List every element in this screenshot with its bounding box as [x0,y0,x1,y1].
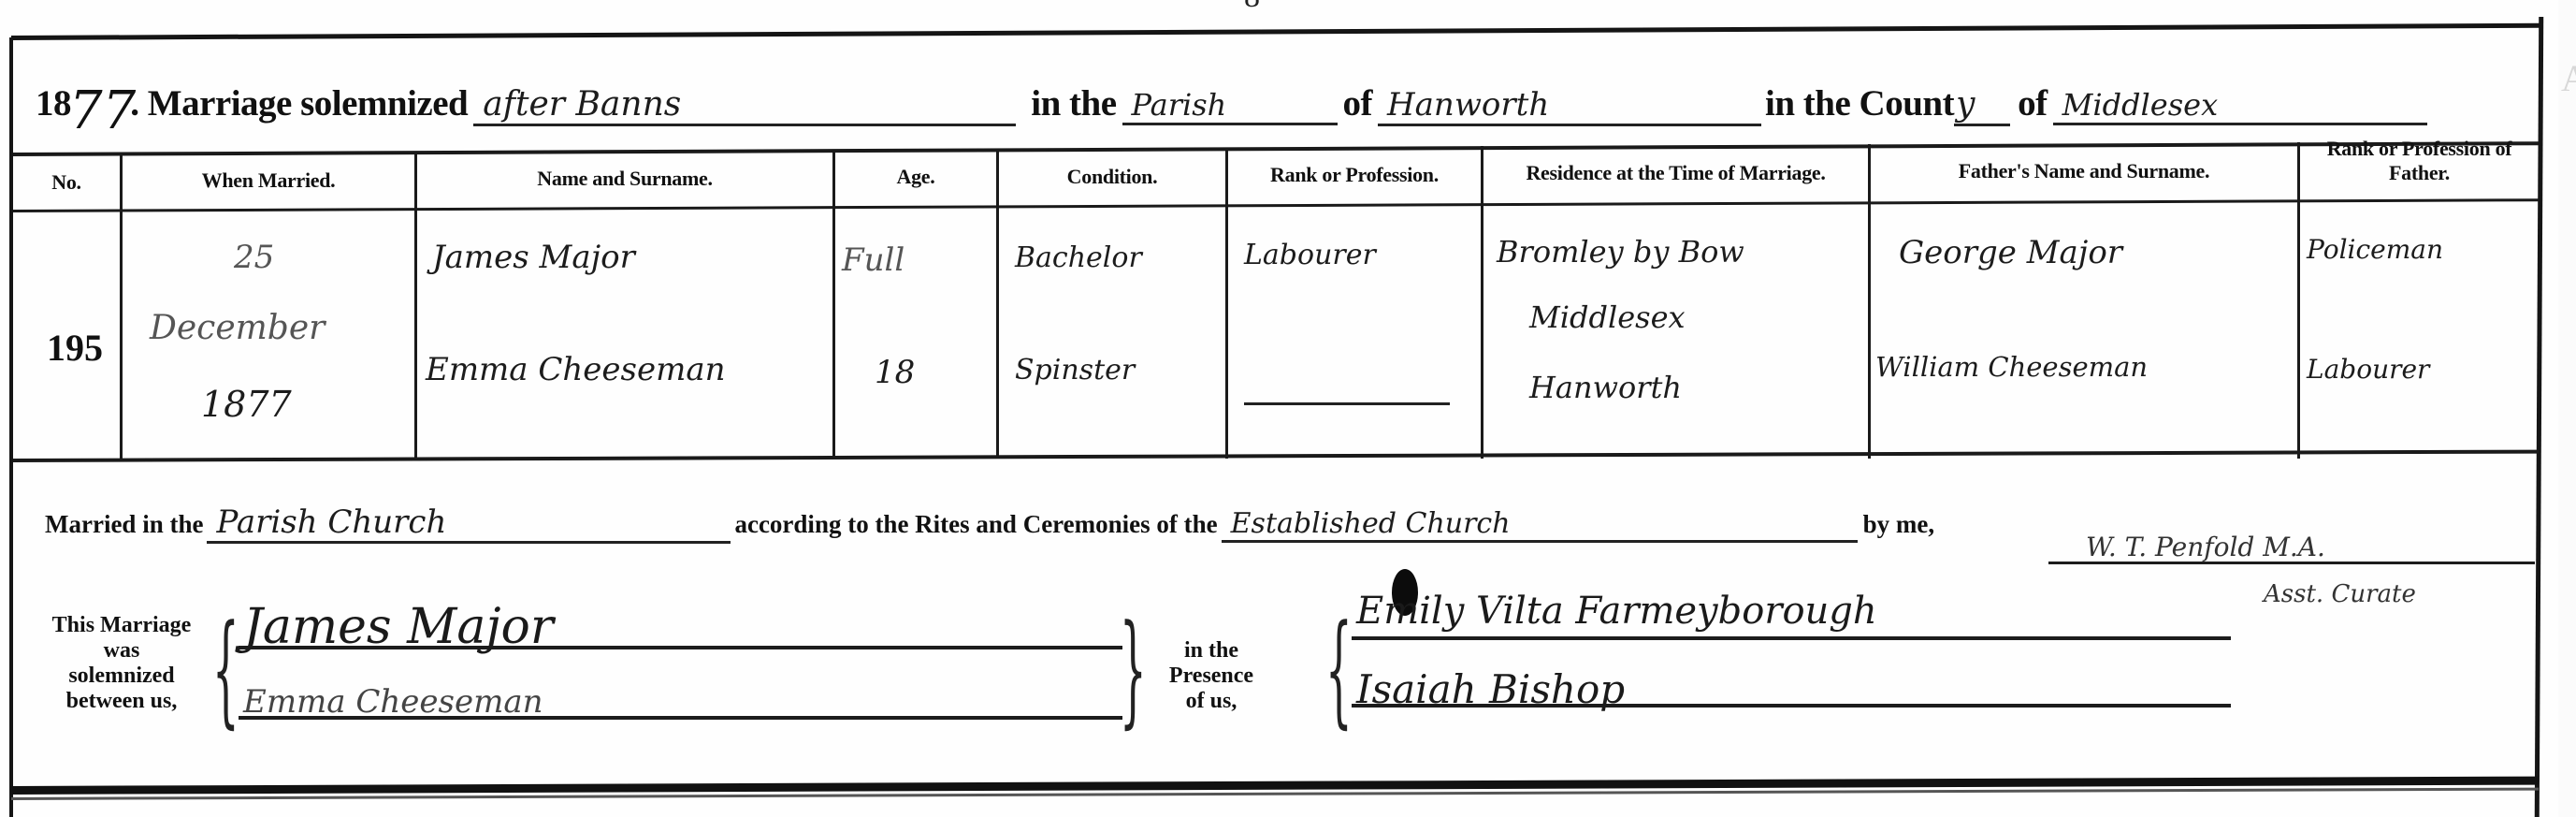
married-day: 25 [234,239,274,276]
officiant-signature-line [2048,562,2535,564]
table-top-rule [13,141,2539,156]
column-header-condition: Condition. [999,165,1225,189]
solemnized-how-field: after Banns [473,85,1016,126]
top-cropped-glyph: 8 [1244,0,1260,15]
left-brace-parties: { [212,608,239,730]
witness-1-signature: Emily Vilta Farmeyborough [1356,590,1877,633]
col-divider-2 [414,153,417,459]
col-divider-8 [2297,142,2300,459]
bride-father-name: William Cheeseman [1875,351,2148,383]
marriage-register-page: 8 18 77 . Marriage solemnized after Bann… [0,0,2576,817]
in-the-county-label: in the Count [1765,82,1954,124]
groom-name: James Major [432,239,635,276]
register-title-line: 18 77 . Marriage solemnized after Banns … [36,67,2427,124]
column-header-father-rank: Rank or Profession of Father. [2300,137,2539,185]
county-suffix: y [1954,85,2010,126]
bride-age: 18 [875,354,915,391]
presence-line-1: in the [1151,638,1272,664]
bride-name: Emma Cheeseman [426,351,726,388]
label-line-3: solemnized [28,664,215,689]
groom-father-rank: Policeman [2307,234,2443,265]
presence-line-2: Presence [1151,664,1272,689]
bride-signature-line [239,716,1122,720]
ceremony-line: Married in the Parish Church according t… [45,503,1934,544]
column-header-age: Age. [835,165,996,189]
presence-line-3: of us, [1151,689,1272,714]
groom-age: Full [842,241,904,279]
district-type-field: Parish [1122,87,1338,125]
col-divider-5 [1225,148,1228,459]
frame-top-border [11,23,2541,40]
entry-number: 195 [47,326,103,370]
label-line-1: This Marriage [28,613,215,638]
married-in-field: Parish Church [207,503,731,544]
column-header-father-name: Father's Name and Surname. [1871,159,2297,183]
bride-condition: Spinster [1015,354,1135,387]
groom-residence-line2: Middlesex [1529,299,1686,335]
bride-rank-blank-line [1244,402,1450,405]
col-divider-3 [832,150,835,459]
in-the-label: in the [1031,82,1116,124]
of-label: of [1343,82,1373,124]
presence-label: in the Presence of us, [1151,638,1272,714]
label-line-2: was [28,638,215,664]
by-me-label: by me, [1863,510,1935,539]
year-printed-prefix: 18 [36,82,71,124]
solemnized-between-label: This Marriage was solemnized between us, [28,613,215,714]
groom-residence-line1: Bromley by Bow [1497,234,1744,270]
rites-field: Established Church [1222,507,1858,543]
right-brace-parties: } [1120,608,1147,730]
of-label-2: of [2018,82,2048,124]
year-handwritten-suffix: 77 [69,80,136,141]
column-header-rank: Rank or Profession. [1228,163,1481,187]
col-divider-4 [996,149,999,459]
table-bottom-rule [13,450,2539,462]
col-divider-6 [1481,146,1483,459]
officiant-title: Asst. Curate [2264,580,2416,608]
column-header-name: Name and Surname. [417,167,832,191]
bride-signature: Emma Cheeseman [243,683,543,721]
bride-father-rank: Labourer [2307,354,2429,385]
left-brace-witnesses: { [1325,608,1353,730]
groom-father-name: George Major [1899,234,2122,271]
married-in-label: Married in the [45,510,203,539]
column-header-no: No. [13,170,120,195]
bleed-through-mark: A [2561,56,2576,100]
place-field: Hanworth [1378,86,1761,126]
married-year: 1877 [201,384,292,425]
col-divider-1 [120,154,123,459]
groom-rank: Labourer [1244,239,1376,271]
col-divider-7 [1868,144,1871,459]
witness-2-signature-line [1352,704,2231,708]
header-bottom-rule [13,198,2539,212]
officiant-signature: W. T. Penfold M.A. [2086,532,2325,562]
groom-condition: Bachelor [1015,241,1142,274]
label-line-4: between us, [28,689,215,714]
bride-residence: Hanworth [1529,370,1682,405]
marriage-solemnized-label: Marriage solemnized [148,82,468,124]
witness-1-signature-line [1352,636,2231,640]
according-label: according to the Rites and Ceremonies of… [734,510,1217,539]
column-header-residence: Residence at the Time of Marriage. [1483,161,1868,185]
married-month: December [150,309,325,347]
column-header-when-married: When Married. [123,168,414,193]
groom-signature-line [239,646,1122,649]
county-field: Middlesex [2053,87,2427,125]
adjacent-page-edge [2558,0,2576,817]
